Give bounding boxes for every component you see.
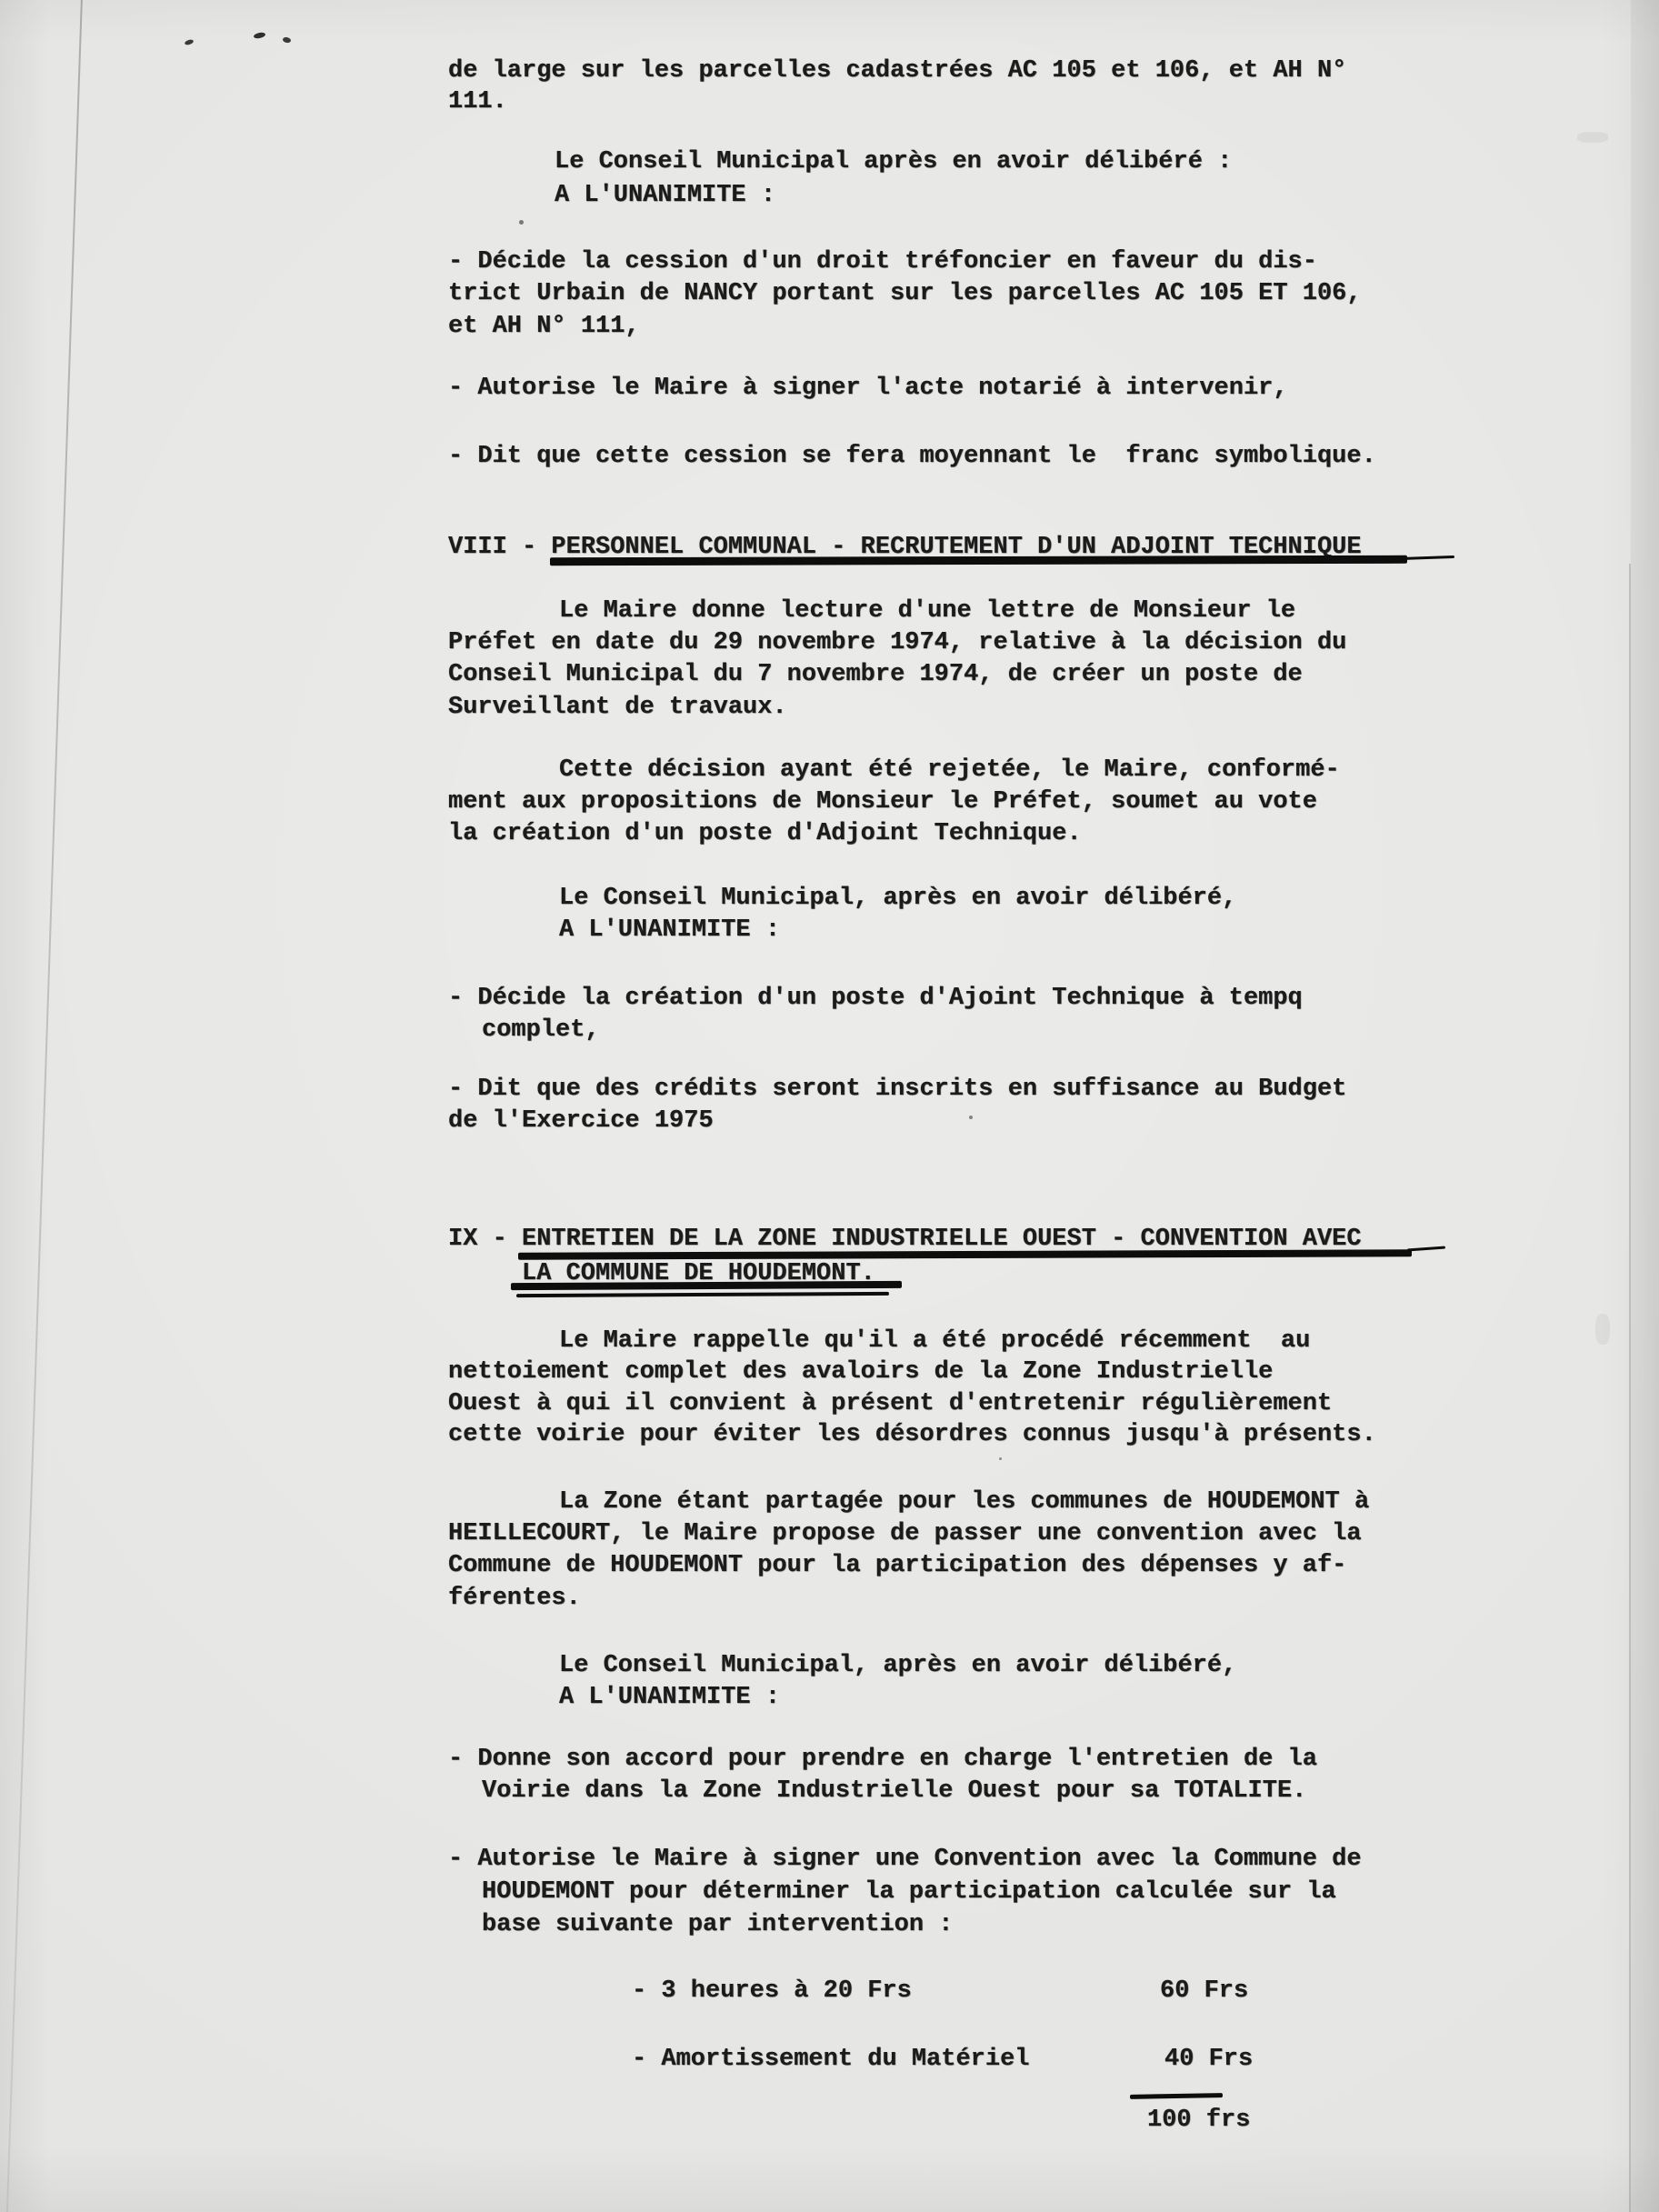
text-line: Conseil Municipal du 7 novembre 1974, de… <box>448 661 1303 688</box>
tariff-row-label: - 3 heures à 20 Frs <box>632 1977 912 2005</box>
text-line: Le Conseil Municipal, après en avoir dél… <box>559 1652 1236 1679</box>
text-line: A L'UNANIMITE : <box>559 916 780 944</box>
text-line: nettoiement complet des avaloirs de la Z… <box>448 1358 1273 1386</box>
text-line: HOUDEMONT pour déterminer la participati… <box>482 1878 1336 1906</box>
text-line: Le Conseil Municipal, après en avoir dél… <box>559 885 1236 912</box>
text-line: complet, <box>482 1016 600 1044</box>
text-line: Ouest à qui il convient à présent d'entr… <box>448 1390 1332 1417</box>
heading-underline-tail <box>1407 1246 1445 1252</box>
tariff-row-label: - Amortissement du Matériel <box>632 2046 1029 2073</box>
paper-smudge <box>1577 132 1608 143</box>
paper-crease-line <box>6 0 83 2212</box>
text-line: Cette décision ayant été rejetée, le Mai… <box>559 756 1340 784</box>
text-line: - Dit que des crédits seront inscrits en… <box>448 1076 1346 1103</box>
text-line: - Dit que cette cession se fera moyennan… <box>448 443 1376 470</box>
text-line: 111. <box>448 88 507 115</box>
heading-underline-tail <box>1400 556 1454 560</box>
ink-speck <box>184 39 194 46</box>
text-line: - Autorise le Maire à signer une Convent… <box>448 1846 1362 1873</box>
text-line: - Donne son accord pour prendre en charg… <box>448 1746 1317 1773</box>
text-line: - Décide la création d'un poste d'Ajoint… <box>448 985 1303 1012</box>
heading-underline <box>516 1292 889 1297</box>
text-line: Le Maire rappelle qu'il a été procédé ré… <box>559 1327 1310 1355</box>
page-right-edge-line <box>1629 564 1631 2212</box>
text-line: A L'UNANIMITE : <box>559 1684 780 1711</box>
tariff-row-amount: 60 Frs <box>1160 1977 1248 2005</box>
text-line: Préfet en date du 29 novembre 1974, rela… <box>448 629 1346 656</box>
text-line: A L'UNANIMITE : <box>555 182 775 209</box>
paper-smudge <box>1595 1314 1610 1345</box>
ink-speck <box>282 36 291 44</box>
text-line: trict Urbain de NANCY portant sur les pa… <box>448 280 1362 307</box>
text-line: Voirie dans la Zone Industrielle Ouest p… <box>482 1777 1306 1805</box>
text-line: Surveillant de travaux. <box>448 694 787 721</box>
text-line: férentes. <box>448 1585 581 1612</box>
ink-speck <box>254 32 266 40</box>
text-line: base suivante par intervention : <box>482 1911 953 1938</box>
text-line: de large sur les parcelles cadastrées AC… <box>448 57 1346 85</box>
text-line: la création d'un poste d'Adjoint Techniq… <box>448 820 1082 847</box>
section-heading-ix-line1: IX - ENTRETIEN DE LA ZONE INDUSTRIELLE O… <box>448 1226 1362 1253</box>
page-right-edge-shadow <box>1631 0 1659 2212</box>
tariff-total: 100 frs <box>1147 2107 1250 2134</box>
text-line: - Décide la cession d'un droit tréfoncie… <box>448 248 1317 275</box>
text-line: de l'Exercice 1975 <box>448 1107 714 1135</box>
tariff-total-rule <box>1130 2093 1223 2099</box>
text-line: Le Maire donne lecture d'une lettre de M… <box>559 597 1295 625</box>
text-line: Commune de HOUDEMONT pour la participati… <box>448 1552 1346 1579</box>
text-line: et AH N° 111, <box>448 313 640 340</box>
tariff-row-amount: 40 Frs <box>1164 2046 1253 2073</box>
text-line: HEILLECOURT, le Maire propose de passer … <box>448 1520 1362 1547</box>
text-line: ment aux propositions de Monsieur le Pré… <box>448 788 1317 816</box>
heading-underline <box>550 556 1407 566</box>
text-line: - Autorise le Maire à signer l'acte nota… <box>448 375 1288 402</box>
ink-speck <box>999 1457 1002 1460</box>
heading-underline <box>511 1281 902 1290</box>
text-line: La Zone étant partagée pour les communes… <box>559 1488 1369 1516</box>
text-line: cette voirie pour éviter les désordres c… <box>448 1421 1376 1448</box>
scanned-page: de large sur les parcelles cadastrées AC… <box>0 0 1659 2212</box>
ink-speck <box>519 220 524 225</box>
text-line: Le Conseil Municipal après en avoir déli… <box>555 148 1232 175</box>
ink-speck <box>969 1116 973 1119</box>
